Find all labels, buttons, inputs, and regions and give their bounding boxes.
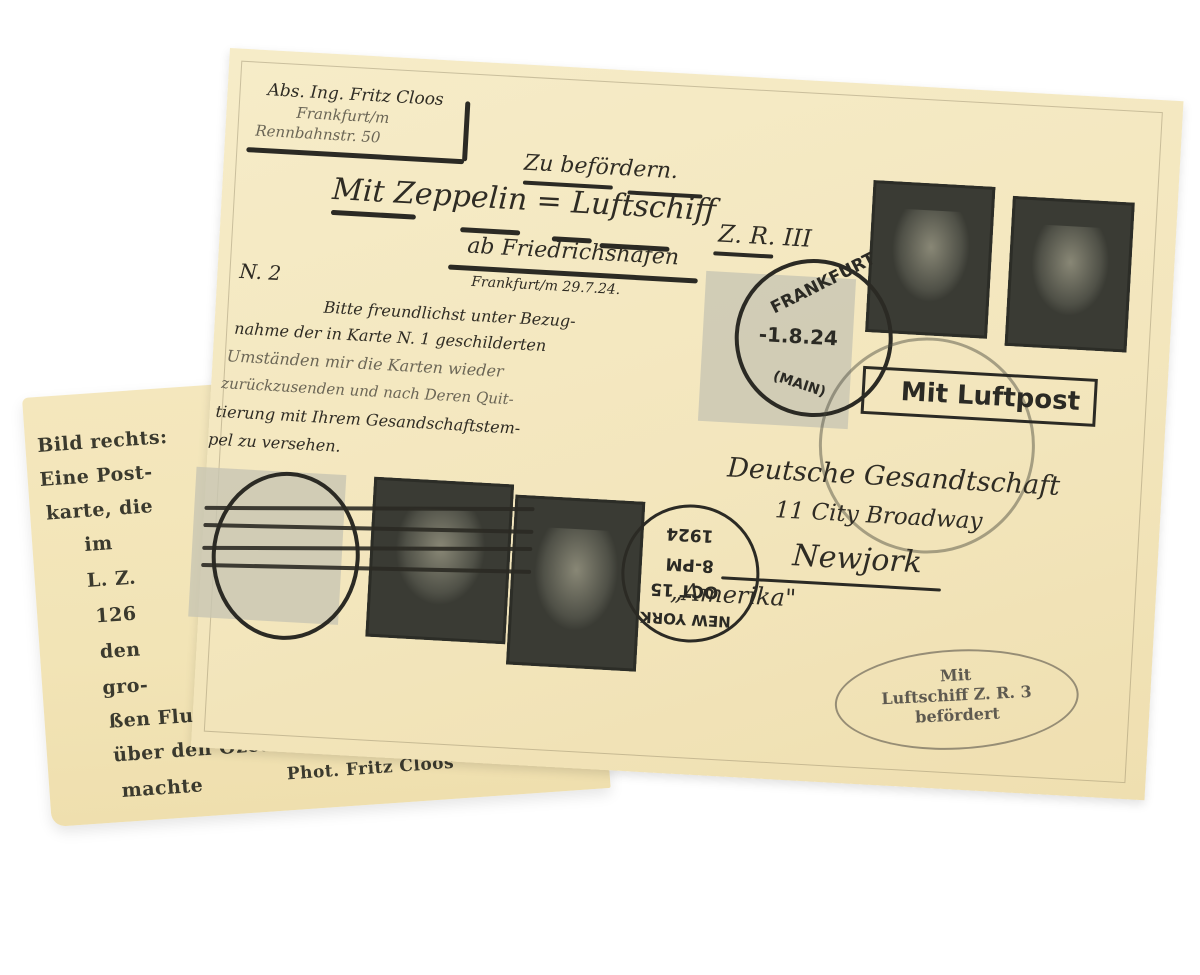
new-york-year: 1924 [666,523,714,546]
new-york-date: OCT 15 [650,578,719,602]
frankfurt-postmark-date: -1.8.24 [758,322,838,350]
stamp-portrait [365,477,514,645]
caption-line: L. Z. [86,567,137,592]
airship-id: Z. R. III [718,220,813,253]
caption-line: karte, die [45,495,153,524]
card-number: N. 2 [239,259,282,285]
photo-stage: Bild rechts: Eine Post- karte, die im L.… [0,0,1200,975]
caption-line: gro- [102,674,149,699]
caption-line: Eine Post- [39,461,153,491]
new-york-time: 8-PM [665,553,714,576]
postcard: Abs. Ing. Fritz Cloos Frankfurt/m Rennba… [191,48,1184,800]
addressee-line-3: Newjork [792,538,923,580]
new-york-postmark-text: NEW YORK OCT 15 8-PM 1924 [618,501,757,640]
caption-line: machte [121,774,204,802]
caption-line: 126 [95,603,138,628]
new-york-city: NEW YORK [640,608,732,631]
caption-line: Bild rechts: [37,426,169,457]
caption-line: den [99,638,141,663]
stamp-airmail-2 [1005,196,1135,353]
caption-line: im [84,532,114,556]
